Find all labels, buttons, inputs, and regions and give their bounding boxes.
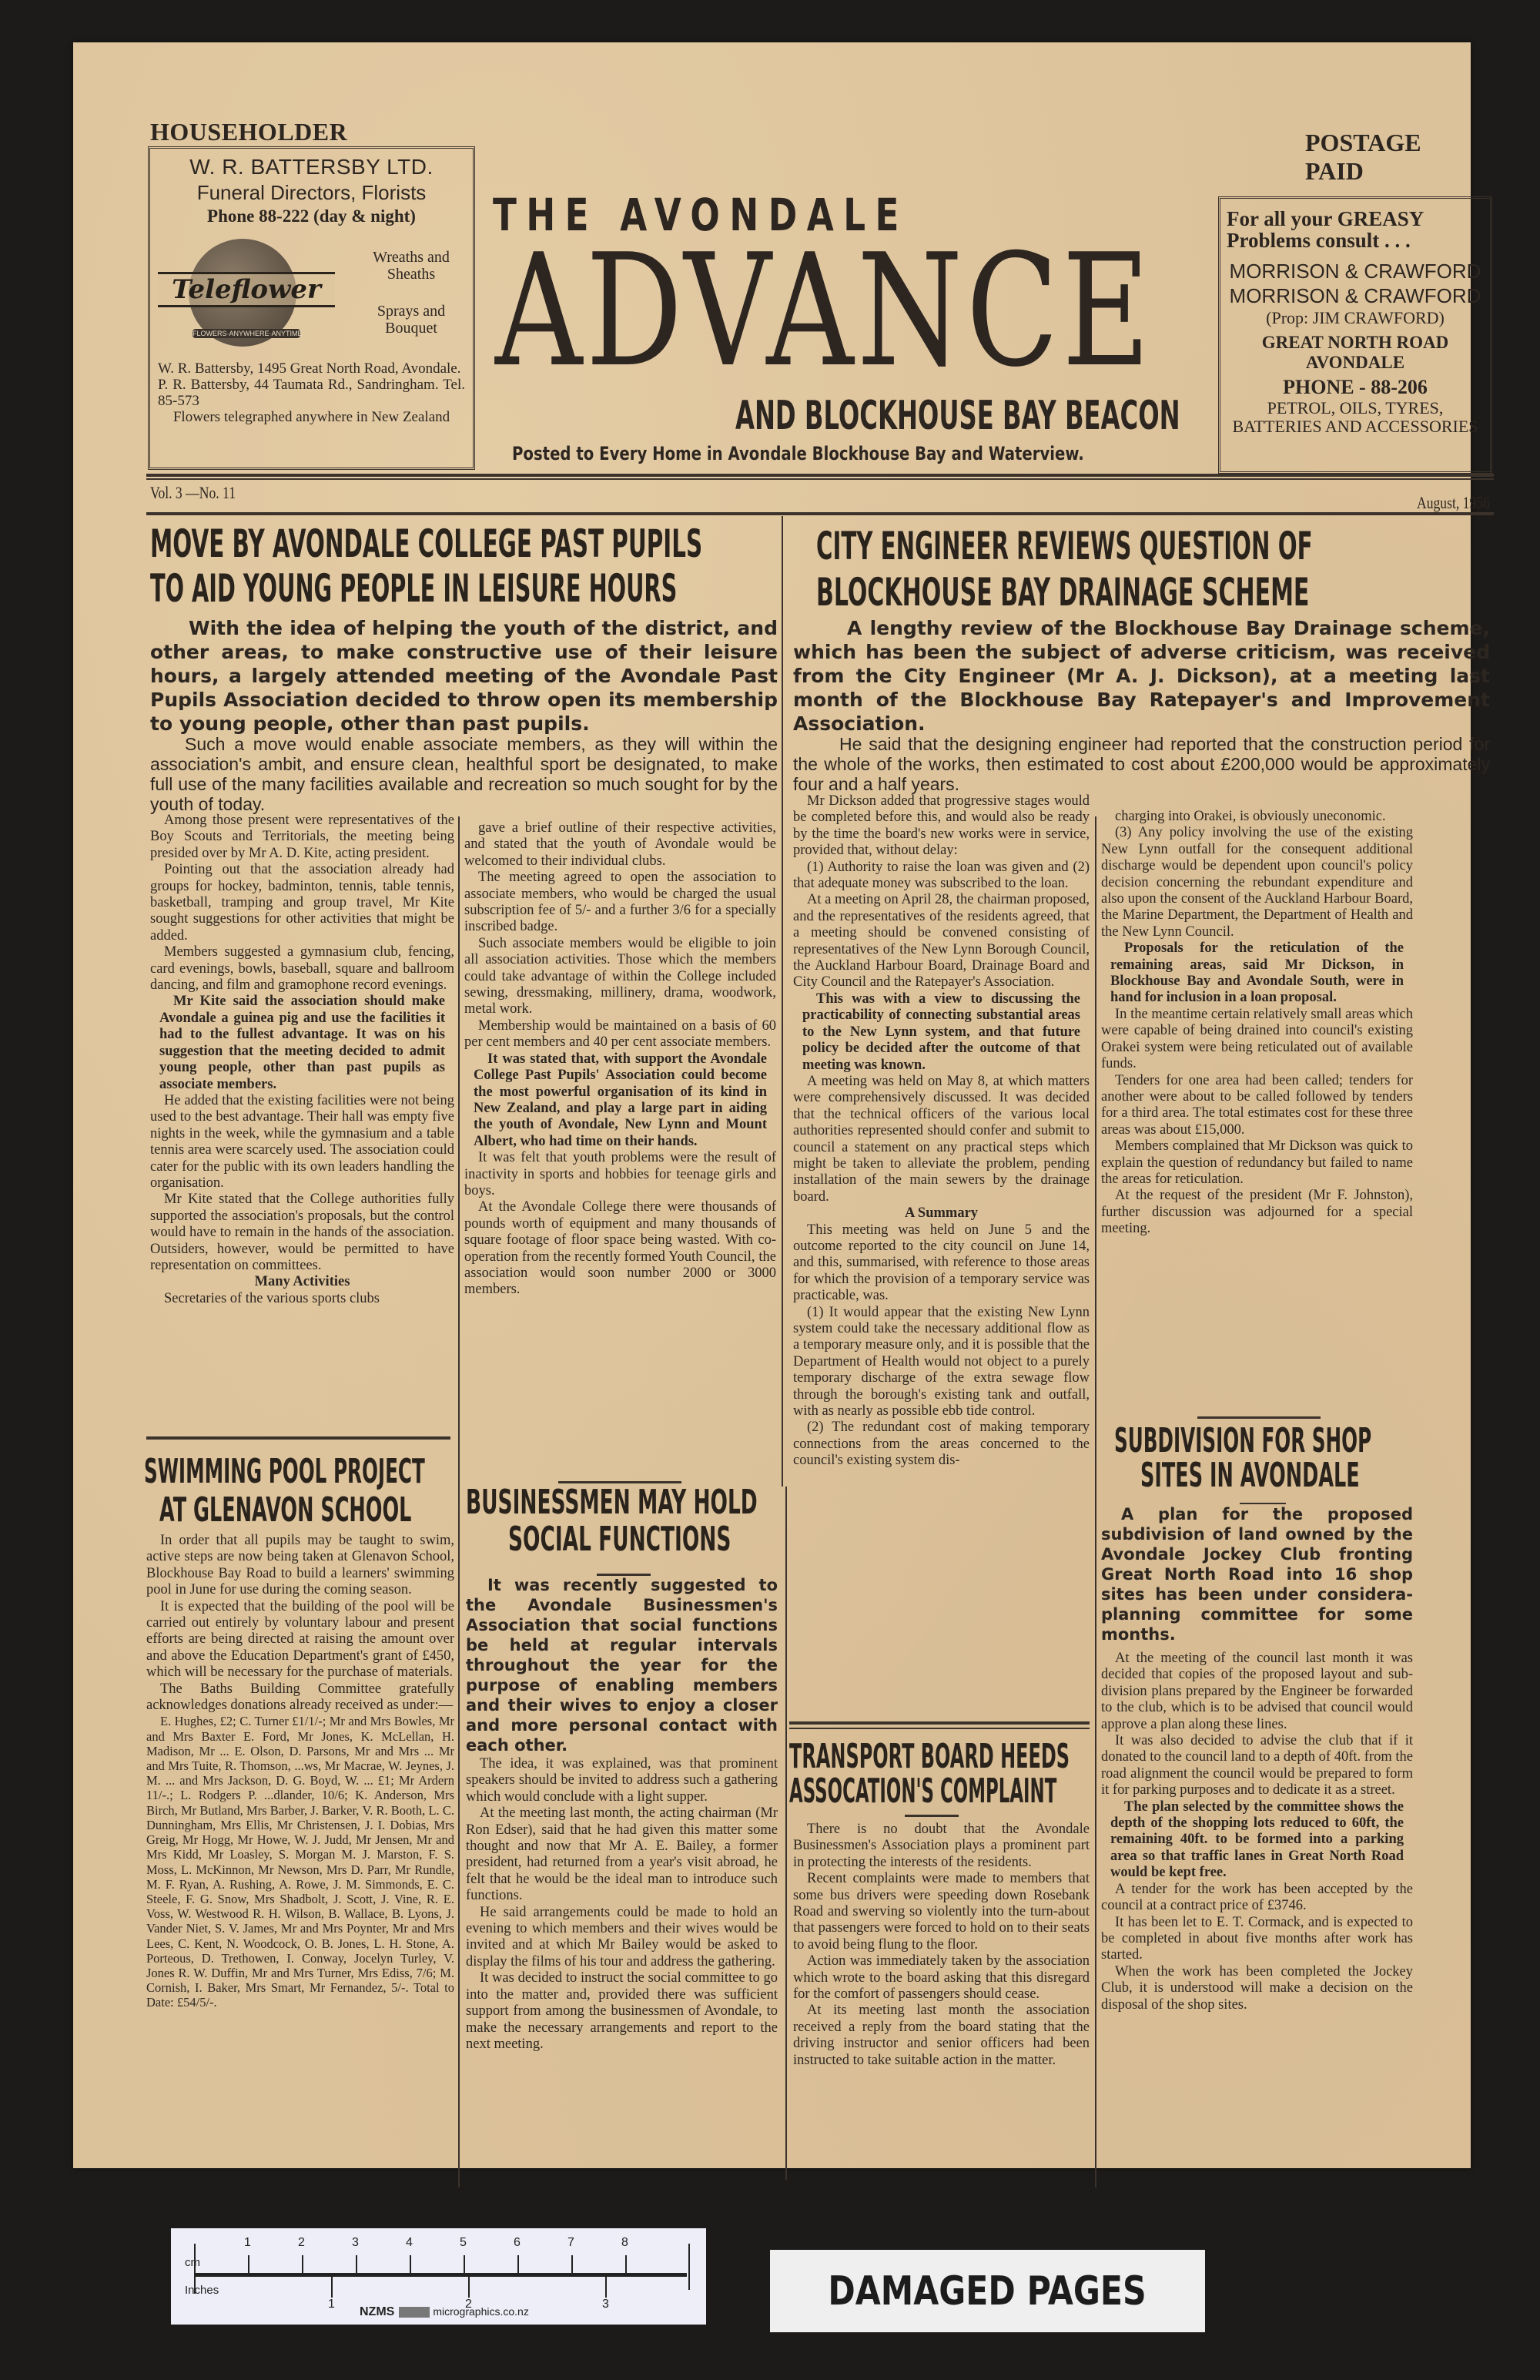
transport-body: There is no doubt that the Avondale Busi… [793, 1822, 1090, 2069]
college-deck: With the idea of helping the youth of th… [150, 616, 778, 736]
college-column-1: Among those present were representatives… [150, 813, 454, 1307]
advert-intro: For all your GREASY Problems consult . .… [1227, 208, 1484, 251]
issue-date: August, 1956 [1417, 493, 1490, 513]
column-rule [1095, 816, 1096, 2187]
advert-prop: (Prop: JIM CRAWFORD) [1227, 308, 1484, 328]
section-rule [789, 1721, 1090, 1725]
drainage-column-1: Mr Dickson added that progressive stages… [793, 793, 1090, 1470]
column-rule [782, 516, 783, 1487]
section-rule [146, 1436, 450, 1440]
advert-phone: Phone 88-222 (day & night) [158, 206, 465, 226]
tagline: Posted to Every Home in Avondale Blockho… [512, 443, 1084, 464]
newspaper-page: HOUSEHOLDER POSTAGE PAID W. R. BATTERSBY… [73, 42, 1471, 2168]
drainage-lede: He said that the designing engineer had … [793, 734, 1490, 794]
micrographics-brand: NZMSmicrographics.co.nz [360, 2305, 529, 2319]
businessmen-headline-1: BUSINESSMEN MAY HOLD [466, 1483, 758, 1522]
advert-phone: PHONE - 88-206 [1227, 376, 1484, 399]
battersby-advert: W. R. BATTERSBY LTD. Funeral Directors, … [148, 146, 475, 470]
title-advance: ADVANCE [495, 233, 1153, 388]
businessmen-deck: It was recently suggested to the Avondal… [466, 1575, 778, 1755]
subdivision-deck: A plan for the proposed subdivision of l… [1101, 1504, 1413, 1644]
swimming-body: In order that all pupils may be taught t… [146, 1533, 454, 2010]
masthead-rule-thin [146, 478, 1494, 480]
section-rule-thin [789, 1728, 1090, 1729]
advert-services: Funeral Directors, Florists [158, 181, 465, 205]
advert-wreaths: Wreaths and Sheaths [357, 249, 465, 283]
dateline-rule [146, 512, 1494, 515]
title-beacon: AND BLOCKHOUSE BAY BEACON [735, 393, 1180, 439]
college-headline-2: TO AID YOUNG PEOPLE IN LEISURE HOURS [150, 566, 677, 611]
volume-number: Vol. 3 —No. 11 [150, 483, 236, 503]
householder-label: HOUSEHOLDER [150, 118, 347, 146]
businessmen-headline-2: SOCIAL FUNCTIONS [508, 1520, 731, 1559]
drainage-headline-2: BLOCKHOUSE BAY DRAINAGE SCHEME [816, 570, 1309, 615]
subdivision-headline-1: SUBDIVISION FOR SHOP [1114, 1421, 1371, 1460]
drainage-deck: A lengthy review of the Blockhouse Bay D… [793, 616, 1490, 736]
advert-address-3: Flowers telegraphed anywhere in New Zeal… [158, 409, 465, 425]
masthead-rule [146, 474, 1494, 477]
swimming-headline-2: AT GLENAVON SCHOOL [159, 1490, 411, 1530]
teleflower-logo-icon: Teleflower FLOWERS·ANYWHERE·ANYTIME [158, 235, 335, 350]
advert-name-2: MORRISON & CRAWFORD [1227, 283, 1484, 308]
college-lede: Such a move would enable associate membe… [150, 734, 778, 814]
transport-headline-2: ASSOCATION'S COMPLAINT [789, 1772, 1056, 1811]
drainage-headline-1: CITY ENGINEER REVIEWS QUESTION OF [816, 524, 1313, 568]
section-rule [905, 1815, 959, 1817]
advert-address-2: P. R. Battersby, 44 Taumata Rd., Sandrin… [158, 377, 465, 409]
subdivision-headline-2: SITES IN AVONDALE [1140, 1456, 1360, 1495]
column-rule [785, 1487, 787, 2180]
advert-products: PETROL, OILS, TYRES, BATTERIES AND ACCES… [1227, 399, 1484, 436]
column-rule [458, 816, 460, 2187]
advert-name-1: MORRISON & CRAWFORD [1227, 259, 1484, 283]
businessmen-body: The idea, it was explained, was that pro… [466, 1756, 778, 2053]
advert-sprays: Sprays and Bouquet [357, 303, 465, 337]
drainage-column-2: charging into Orakei, is obviously uneco… [1101, 809, 1413, 1238]
advert-address: GREAT NORTH ROAD AVONDALE [1227, 333, 1484, 373]
postage-paid-label: POSTAGE PAID [1305, 129, 1471, 186]
subdivision-body: At the meeting of the council last month… [1101, 1651, 1413, 2013]
transport-headline-1: TRANSPORT BOARD HEEDS [789, 1737, 1070, 1776]
section-rule [1197, 1416, 1321, 1419]
college-column-2: gave a brief outline of their respective… [464, 820, 776, 1299]
swimming-headline-1: SWIMMING POOL PROJECT [144, 1452, 425, 1491]
advert-company: W. R. BATTERSBY LTD. [158, 155, 465, 179]
scale-ruler-card: cm Inches 1 2 3 4 5 6 7 8 1 2 3 NZMSmicr… [171, 2228, 706, 2325]
morrison-crawford-advert: For all your GREASY Problems consult . .… [1218, 196, 1492, 474]
advert-address-1: W. R. Battersby, 1495 Great North Road, … [158, 360, 465, 377]
college-headline-1: MOVE BY AVONDALE COLLEGE PAST PUPILS [150, 521, 702, 566]
cm-label: cm [185, 2256, 200, 2269]
damaged-pages-label: DAMAGED PAGES [770, 2250, 1205, 2332]
inches-label: Inches [185, 2284, 219, 2297]
